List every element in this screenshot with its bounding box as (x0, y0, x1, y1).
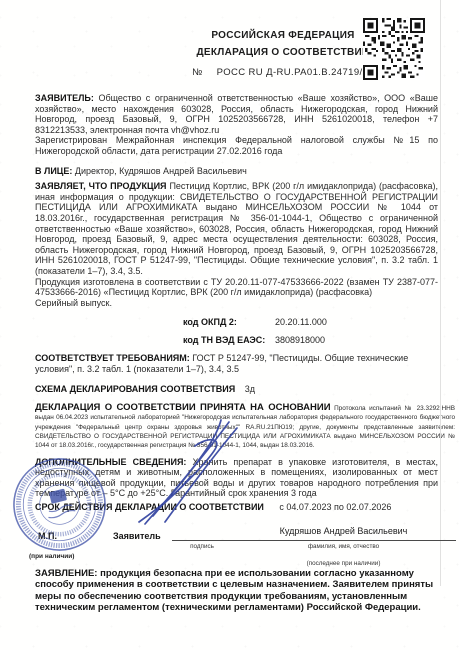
applicant-registration: Зарегистрирован Межрайонная инспекция Фе… (35, 135, 438, 156)
validity-dates: с 04.07.2023 по 02.07.2026 (279, 502, 391, 512)
number-value: РОСС RU Д-RU.РА01.В.24719/23 (217, 67, 374, 78)
tnved-value: 3808918000 (275, 335, 325, 345)
tnved-label: код ТН ВЭД ЕАЭС: (183, 335, 275, 345)
okpd-label: код ОКПД 2: (183, 317, 275, 327)
scheme-label: СХЕМА ДЕКЛАРИРОВАНИЯ СООТВЕТСТВИЯ (35, 384, 235, 394)
basis-paragraph: ДЕКЛАРАЦИЯ О СООТВЕТСТВИИ ПРИНЯТА НА ОСН… (35, 403, 455, 450)
statement-paragraph: ЗАЯВЛЕНИЕ: продукция безопасна при ее ис… (35, 568, 447, 614)
applicant-paragraph: ЗАЯВИТЕЛЬ: Общество с ограниченной ответ… (35, 93, 438, 157)
statement-label: ЗАЯВЛЕНИЕ: (35, 568, 97, 579)
okpd-value: 20.20.11.000 (275, 317, 327, 327)
applicant-label: ЗАЯВИТЕЛЬ: (35, 93, 94, 103)
codes-block: код ОКПД 2: 20.20.11.000 код ТН ВЭД ЕАЭС… (183, 317, 438, 345)
tnved-code-row: код ТН ВЭД ЕАЭС: 3808918000 (183, 335, 438, 345)
basis-label: ДЕКЛАРАЦИЯ О СООТВЕТСТВИИ ПРИНЯТА НА ОСН… (35, 402, 331, 413)
signatory-name-caption: фамилия, имя, отчество (231, 543, 456, 550)
handwritten-signature (125, 416, 245, 530)
conformity-paragraph: СООТВЕТСТВУЕТ ТРЕБОВАНИЯМ: ГОСТ Р 51247-… (35, 353, 417, 374)
person-text: Директор, Кудряшов Андрей Васильевич (75, 166, 247, 176)
signature-caption: подпись (172, 543, 232, 550)
okpd-code-row: код ОКПД 2: 20.20.11.000 (183, 317, 438, 327)
number-sign: № (192, 67, 203, 78)
signatory-name: Кудряшов Андрей Васильевич (231, 519, 456, 541)
product-label: ЗАЯВЛЯЕТ, ЧТО ПРОДУКЦИЯ (35, 181, 167, 191)
scheme-value: 3д (245, 384, 255, 394)
company-stamp-seal (10, 455, 109, 554)
declaration-document: РОССИЙСКАЯ ФЕДЕРАЦИЯ ДЕКЛАРАЦИЯ О СООТВЕ… (0, 0, 459, 650)
scan-page-edge (440, 0, 441, 586)
signatory-name-field: Кудряшов Андрей Васильевич фамилия, имя,… (231, 519, 456, 567)
product-text: Пестицид Кортлис, ВРК (200 г/л имидаклоп… (35, 181, 438, 276)
product-serial: Серийный выпуск. (35, 298, 438, 309)
person-paragraph: В ЛИЦЕ: Директор, Кудряшов Андрей Василь… (35, 166, 438, 177)
product-manufactured: Продукция изготовлена в соответствии с Т… (35, 277, 438, 298)
applicant-role-label: Заявитель (113, 531, 161, 541)
applicant-text: Общество с ограниченной ответственностью… (35, 93, 438, 135)
product-paragraph: ЗАЯВЛЯЕТ, ЧТО ПРОДУКЦИЯ Пестицид Кортлис… (35, 181, 438, 308)
signatory-name-note: (последнее при наличии) (231, 560, 456, 567)
person-label: В ЛИЦЕ: (35, 166, 72, 176)
qr-code (363, 18, 425, 80)
conformity-label: СООТВЕТСТВУЕТ ТРЕБОВАНИЯМ: (35, 353, 190, 363)
scheme-line: СХЕМА ДЕКЛАРИРОВАНИЯ СООТВЕТСТВИЯ 3д (35, 384, 438, 395)
